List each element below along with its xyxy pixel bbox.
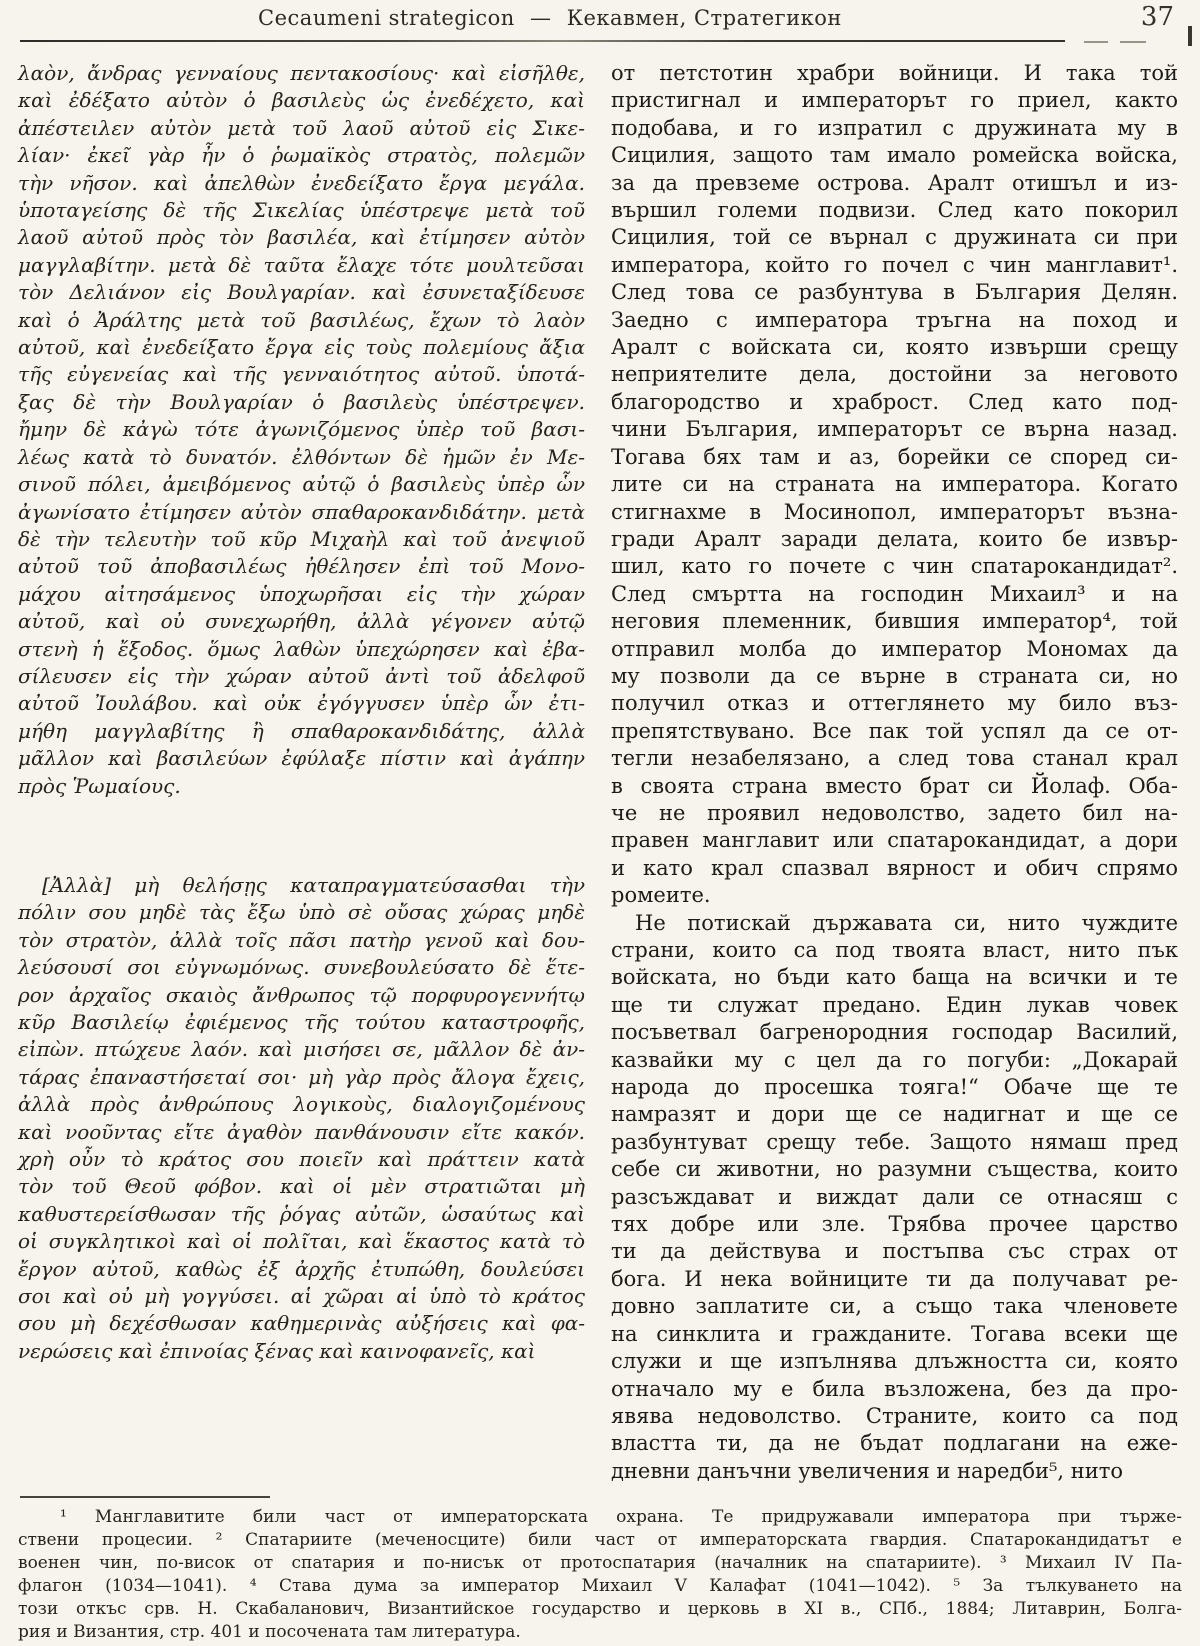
text-line: Тогава бях там и аз, борейки се според с… [611,444,1178,471]
text-line: отначало му е била възложена, без да про… [611,1376,1178,1403]
text-line: бога. И нека войниците ти да получават р… [611,1266,1178,1293]
text-line: Не потискай държавата си, нито чуждите [611,910,1178,937]
text-line: дневни данъчни увеличения и наредби⁵, ни… [611,1458,1178,1485]
text-line: ἀγωνίσατο ἐτίμησεν αὐτὸν σπαθαροκανδιδάτ… [18,499,585,526]
text-line: τὸν στρατὸν, ἀλλὰ τοῖς πᾶσι πατὴρ γενοῦ … [18,927,585,954]
text-line: вършил големи подвизи. След като покорил [611,197,1178,224]
text-line: и като крал спазвал вярност и обич спрям… [611,855,1178,882]
text-line: войската, но бъди като баща на всички и … [611,964,1178,991]
text-line: себе си животни, но разумни същества, ко… [611,1156,1178,1183]
text-line: μᾶλλον καὶ βασιλεύων ἐφύλαξε πίστιν καὶ … [18,745,585,772]
margin-mark [1188,26,1192,46]
text-line: След това се разбунтува в България Делян… [611,279,1178,306]
text-line: καθυστερείσθωσαν τῆς ῥόγας αὐτῶν, ὡσαύτω… [18,1201,585,1228]
text-line: σου μὴ δεχέσθωσαν καθημερινὰς αὐξήσεις κ… [18,1310,585,1337]
text-line: гради Аралт заради делата, които бе извъ… [611,526,1178,553]
text-line: λίαν· ἐκεῖ γὰρ ἦν ὁ ῥωμαϊκὸς στρατὸς, πο… [18,142,585,169]
text-line: αὐτοῦ Ἰουλάβου. καὶ οὐκ ἐγόγγυσεν ὑπὲρ ὧ… [18,690,585,717]
page-number: 37 [1141,2,1174,32]
text-line: страни, които са под твоята власт, нито … [611,937,1178,964]
text-line: Заедно с императора тръгна на поход и [611,307,1178,334]
text-line: σίλευσεν εἰς τὴν χώραν αὐτοῦ ἀντὶ τοῦ ἀδ… [18,663,585,690]
text-line: μήθη μαγγλαβίτης ἢ σπαθαροκανδιδάτης, ἀλ… [18,718,585,745]
text-line: ἀπέστειλεν αὐτὸν μετὰ τοῦ λαοῦ αὐτοῦ εἰς… [18,115,585,142]
text-line: ствени процесии. ² Спатариите (меченосци… [18,1529,1182,1552]
running-title-separator: — [526,6,556,30]
text-line: ἤμην δὲ κἀγὼ τότε ἀγωνιζόμενος ὑπὲρ τοῦ … [18,416,585,443]
text-line: σοι καὶ οὐ μὴ γογγύσει. αἱ χῶραι αἱ ὑπὸ … [18,1283,585,1310]
text-line: τὴν νῆσον. καὶ ἀπελθὼν ἐνεδείξατο ἔργα μ… [18,170,585,197]
text-line: τὸν τοῦ Θεοῦ φόβον. καὶ οἱ μὲν στρατιῶτα… [18,1173,585,1200]
text-line: разбунтуват срещу тебе. Защото нямаш пре… [611,1129,1178,1156]
text-line: οἱ συγκλητικοὶ καὶ οἱ πολῖται, καὶ ἕκαστ… [18,1228,585,1255]
text-line: Сицилия, той се върнал с дружината си пр… [611,224,1178,251]
text-line: намразят и дори ще се надигнат и ще се [611,1101,1178,1128]
text-line: ἔργον αὐτοῦ, καθὼς ἐξ ἀρχῆς ἐτυπώθη, δου… [18,1256,585,1283]
running-title-cyrillic: Кекавмен, Стратегикон [563,6,846,30]
text-line: στενὴ ἡ ἔξοδος. ὅμως λαθὼν ὑπεχώρησεν κα… [18,636,585,663]
greek-paragraph-1: λαὸν, ἄνδρας γενναίους πεντακοσίους· καὶ… [18,60,585,800]
text-line: καὶ ὁ Ἀράλτης μετὰ τοῦ βασιλέως, ἔχων τὸ… [18,307,585,334]
text-line: τῆς εὐγενείας καὶ τῆς γενναιότητος αὐτοῦ… [18,361,585,388]
text-line: τάρας ἐπαναστήσεταί σοι· μὴ γὰρ πρὸς ἄλο… [18,1064,585,1091]
footnote-separator [20,1496,270,1498]
text-line: за да превземе острова. Аралт отишъл и и… [611,170,1178,197]
text-line: λεύσουσί σοι εὐγνωμόνως. συνεβουλεύσατο … [18,954,585,981]
text-line: довно заплатите си, а също така членовет… [611,1293,1178,1320]
bulgarian-paragraph-2: Не потискай държавата си, нито чуждитест… [611,910,1178,1486]
bulgarian-column: от петстотин храбри войници. И така тойп… [611,60,1178,1485]
text-line: δὲ τὴν τελευτὴν τοῦ κῦρ Μιχαὴλ καὶ τοῦ ἀ… [18,526,585,553]
text-line: ти да действува и постъпва със страх от [611,1238,1178,1265]
text-line: ὑποταγείσης δὲ τῆς Σικελίας ὑπέστρεψε με… [18,197,585,224]
text-line: κῦρ Βασιλείῳ ἐφιέμενος τῆς τούτου καταστ… [18,1009,585,1036]
text-line: императора, който го почел с чин манглав… [611,252,1178,279]
text-line: След смъртта на господин Михаил³ и на [611,581,1178,608]
text-line: лите си на страната на императора. Когат… [611,471,1178,498]
text-line: благородство и храброст. След като под- [611,389,1178,416]
book-page: Cecaumeni strategicon — Кекавмен, Страте… [0,0,1200,1646]
text-line: ромеите. [611,882,1178,909]
text-line: този откъс срв. Н. Скабаланович, Византи… [18,1598,1182,1621]
text-line: на синклита и гражданите. Тогава всеки щ… [611,1321,1178,1348]
text-line: ще ти служат предано. Един лукав човек [611,992,1178,1019]
text-line: τὸν Δελιάνον εἰς Βουλγαρίαν. καὶ ἐσυνετα… [18,279,585,306]
text-line: αὐτοῦ, καὶ ἐνεδείξατο ἔργα εἰς τοὺς πολε… [18,334,585,361]
text-line: посъветвал багренородния господар Васили… [611,1019,1178,1046]
text-line: μάχου αἰτησάμενος ὑποχωρῆσαι εἰς τὴν χώρ… [18,581,585,608]
text-line: подобава, и го изпратил с дружината му в [611,115,1178,142]
text-line: стигнахме в Мосинопол, императорът възна… [611,499,1178,526]
text-line: получил отказ и оттеглянето му било въз- [611,690,1178,717]
text-line: λέως κατὰ τὸ δυνατόν. ἐλθόντων δὲ ἡμῶν ἐ… [18,444,585,471]
text-columns: λαὸν, ἄνδρας γενναίους πεντακοσίους· καὶ… [18,60,1185,1485]
text-line: че не проявил недоволство, задето бил на… [611,800,1178,827]
text-line: тях добре или зле. Трябва прочее царство [611,1211,1178,1238]
text-line: ρον ἀρχαῖος σκαιὸς ἄνθρωπος τῷ πορφυρογε… [18,982,585,1009]
text-line: ¹ Манглавитите били част от императорска… [18,1506,1182,1529]
text-line: флагон (1034—1041). ⁴ Става дума за импе… [18,1575,1182,1598]
text-line: служи и ще изпълнява длъжността си, коят… [611,1348,1178,1375]
text-line: в своята страна вместо брат си Йолаф. Об… [611,773,1178,800]
text-line: му позволи да се върне в страната си, но [611,663,1178,690]
text-line: Аралт с войската си, която извърши срещу [611,334,1178,361]
text-line: χρὴ οὖν τὸ κράτος σου ποιεῖν καὶ πράττει… [18,1146,585,1173]
text-line: тегли незабелязано, а след това станал к… [611,745,1178,772]
greek-paragraph-2: [Ἀλλὰ] μὴ θελήσῃς καταπραγματεύσασθαι τὴ… [18,872,585,1365]
header-rule [20,40,1065,42]
text-line: ξας δὲ τὴν Βουλγαρίαν ὁ βασιλεὺς ὑπέστρε… [18,389,585,416]
greek-column: λαὸν, ἄνδρας γενναίους πεντακοσίους· καὶ… [18,60,585,1485]
text-line: неговия племенник, бившия император⁴, то… [611,608,1178,635]
text-line: пристигнал и императорът го приел, както [611,87,1178,114]
text-line: шил, като го почете с чин спатарокандида… [611,553,1178,580]
text-line: ἀλλὰ πρὸς ἀνθρώπους λογικοὺς, διαλογιζομ… [18,1091,585,1118]
text-line: казвайки му с цел да го погуби: „Докарай [611,1047,1178,1074]
text-line: νερώσεις καὶ ἐπινοίας ξένας καὶ καινοφαν… [18,1338,585,1365]
text-line: рия и Византия, стр. 401 и посочената та… [18,1621,1182,1644]
bulgarian-paragraph-1: от петстотин храбри войници. И така тойп… [611,60,1178,910]
text-line: αὐτοῦ, καὶ οὐ συνεχωρήθη, ἀλλὰ γέγονεν α… [18,608,585,635]
text-line: αὐτοῦ τοῦ ἀποβασιλέως ἠθέλησεν ἐπὶ τοῦ Μ… [18,553,585,580]
text-line: καὶ νοοῦντας εἴτε ἀγαθὸν πανθάνουσιν εἴτ… [18,1119,585,1146]
text-line: λαὸν, ἄνδρας γενναίους πεντακοσίους· καὶ… [18,60,585,87]
text-line: явява недоволство. Страните, които са по… [611,1403,1178,1430]
header-rule-dash [1120,41,1146,43]
text-line: чини България, императорът се върна наза… [611,416,1178,443]
text-line: λαοῦ αὐτοῦ πρὸς τὸν βασιλέα, καὶ ἐτίμησε… [18,224,585,251]
text-line: отправил молба до император Мономах да [611,636,1178,663]
text-line: от петстотин храбри войници. И така той [611,60,1178,87]
text-line: властта ти, да не бъдат подлагани на еже… [611,1430,1178,1457]
text-line: Сицилия, защото там имало ромейска войск… [611,142,1178,169]
running-title: Cecaumeni strategicon — Кекавмен, Страте… [0,6,1100,30]
footnote-block: ¹ Манглавитите били част от императорска… [18,1506,1182,1644]
text-line: πρὸς Ῥωμαίους. [18,773,585,800]
text-line: неприятелите дела, достойни за неговото [611,361,1178,388]
header-rule-dash [1084,41,1108,43]
text-line: препятствувано. Все пак той успял да се … [611,718,1178,745]
text-line: правен манглавит или спатарокандидат, а … [611,827,1178,854]
text-line: [Ἀλλὰ] μὴ θελήσῃς καταπραγματεύσασθαι τὴ… [18,872,585,899]
text-line: εἰπὼν. πτώχευε λαόν. καὶ μισήσει σε, μᾶλ… [18,1036,585,1063]
paragraph-gap [18,800,585,872]
text-line: πόλιν σου μηδὲ τὰς ἔξω ὑπὸ σὲ οὔσας χώρα… [18,899,585,926]
text-line: военен чин, по-висок от спатария и по-ни… [18,1552,1182,1575]
text-line: σινοῦ πόλει, ἀμειβόμενος αὐτῷ ὁ βασιλεὺς… [18,471,585,498]
running-title-latin: Cecaumeni strategicon [254,6,519,30]
text-line: μαγγλαβίτην. μετὰ δὲ ταῦτα ἔλαχε τότε μο… [18,252,585,279]
text-line: разсъждават и виждат дали се отнасяш с [611,1184,1178,1211]
text-line: καὶ ἐδέξατο αὐτὸν ὁ βασιλεὺς ὡς ἐνεδέχετ… [18,87,585,114]
text-line: народа до просешка тояга!“ Обаче ще те [611,1074,1178,1101]
